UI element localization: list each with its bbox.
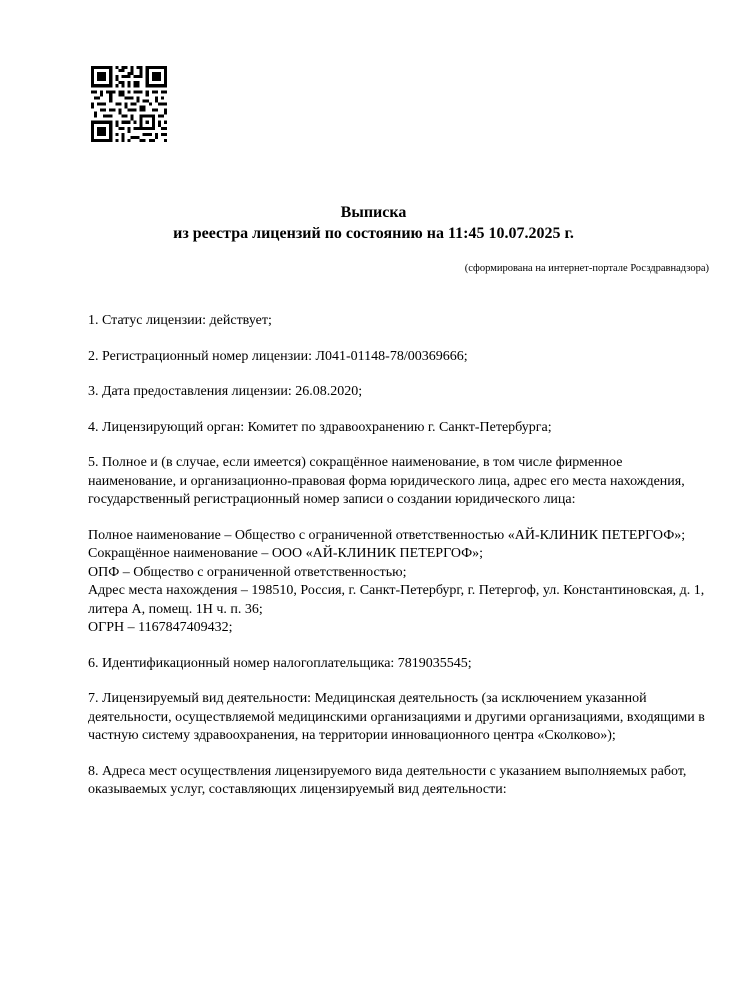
item-entity-heading: 5. Полное и (в случае, если имеется) сок…	[88, 454, 713, 510]
qr-code-icon	[91, 66, 167, 142]
portal-note: (сформирована на интернет-портале Росздр…	[465, 262, 709, 276]
item-registration-number: 2. Регистрационный номер лицензии: Л041-…	[88, 348, 713, 367]
item-licensing-authority: 4. Лицензирующий орган: Комитет по здрав…	[88, 419, 713, 438]
document-title: Выписка	[0, 202, 743, 223]
entity-ogrn: ОГРН – 1167847409432;	[88, 619, 713, 638]
entity-short-name: Сокращённое наименование – ООО «АЙ-КЛИНИ…	[88, 545, 713, 564]
item-license-status: 1. Статус лицензии: действует;	[88, 312, 713, 331]
entity-details: Полное наименование – Общество с огранич…	[88, 527, 713, 638]
item-license-date: 3. Дата предоставления лицензии: 26.08.2…	[88, 383, 713, 402]
document-body: 1. Статус лицензии: действует; 2. Регист…	[88, 312, 713, 800]
entity-full-name: Полное наименование – Общество с огранич…	[88, 527, 713, 546]
entity-address: Адрес места нахождения – 198510, Россия,…	[88, 582, 713, 619]
item-activity-type: 7. Лицензируемый вид деятельности: Медиц…	[88, 690, 713, 746]
document-subtitle: из реестра лицензий по состоянию на 11:4…	[0, 223, 743, 244]
item-activity-addresses: 8. Адреса мест осуществления лицензируем…	[88, 763, 713, 800]
entity-opf: ОПФ – Общество с ограниченной ответствен…	[88, 564, 713, 583]
item-inn: 6. Идентификационный номер налогоплатель…	[88, 655, 713, 674]
